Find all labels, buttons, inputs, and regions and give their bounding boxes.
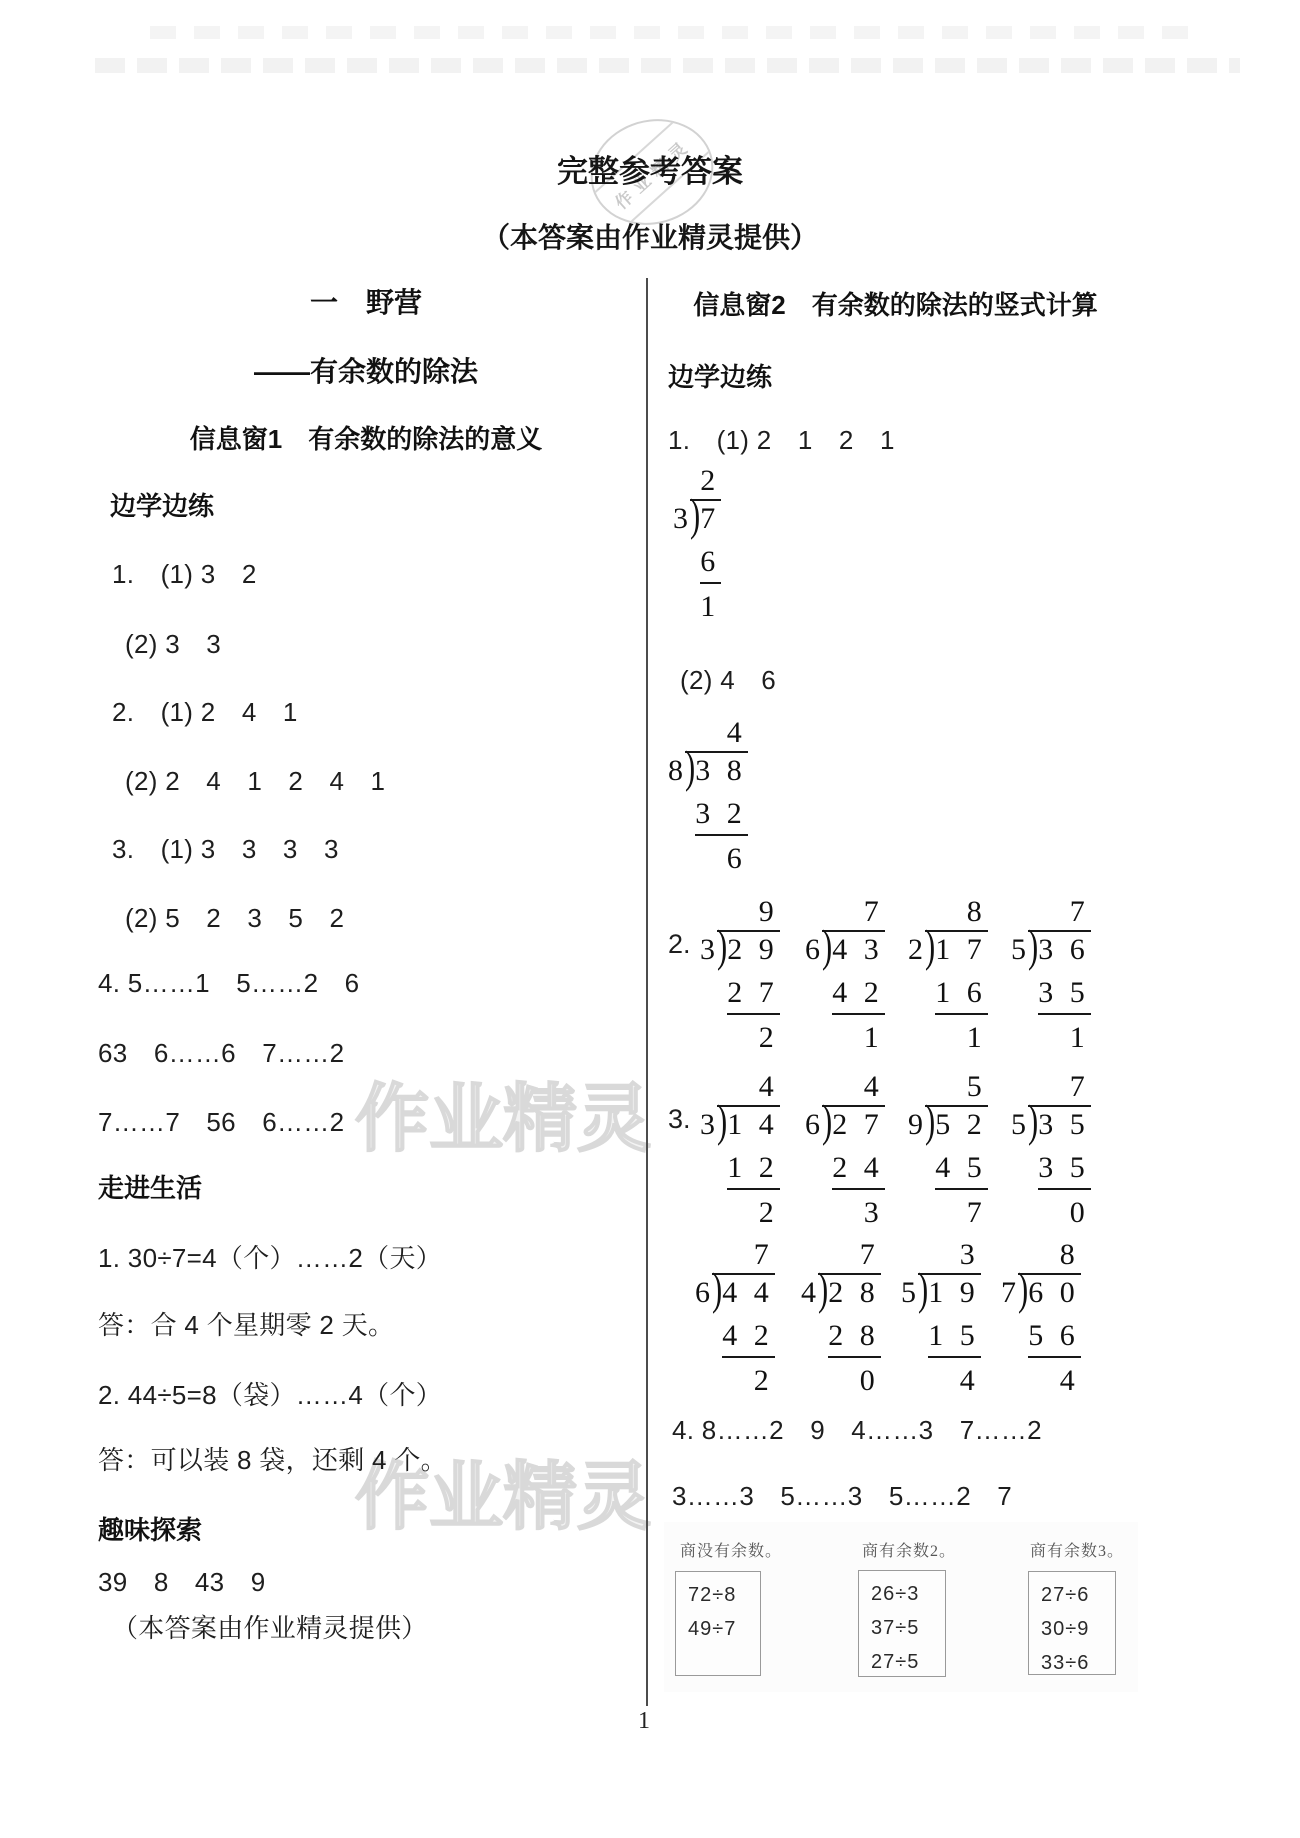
division-bracket-icon: ) [1028,1095,1038,1146]
item-number: 3. [668,1104,691,1135]
ld-divisor-digit: 9 [908,1108,923,1141]
ld-product: 2 4 [832,1142,885,1190]
ld-product: 2 8 [828,1310,881,1358]
ld-divisor: 5) [1011,1107,1038,1143]
answer-line: 2. 44÷5=8（袋）……4（个） [98,1375,442,1412]
ld-remainder: 0 [1038,1190,1091,1230]
division-bracket-icon: ) [822,1095,832,1146]
ld-product: 1 2 [727,1142,780,1190]
ld-remainder: 4 [928,1358,981,1398]
ld-divisor: 6) [695,1275,722,1311]
ld-remainder: 2 [722,1358,775,1398]
ld-remainder: 1 [935,1015,988,1055]
long-division: 4 3) 1 4 1 2 2 [700,1070,780,1229]
column-divider [646,278,648,1706]
answer-line: 63 6……6 7……2 [98,1033,344,1070]
section-title-window2: 信息窗2 有余数的除法的竖式计算 [668,285,1208,322]
expression: 27÷5 [871,1651,945,1674]
answer-line: 1. 30÷7=4（个）……2（天） [98,1238,442,1275]
ld-divisor: 5) [1011,932,1038,968]
division-bracket-icon: ) [717,1095,727,1146]
page-title: 完整参考答案 [0,146,1300,191]
ld-quotient: 7 [1038,1070,1091,1105]
division-bracket-icon: ) [1018,1263,1028,1314]
answer-line: 4. 5……1 5……2 6 [98,963,359,1000]
ld-divisor-digit: 3 [700,1108,715,1141]
ld-divisor-digit: 3 [700,933,715,966]
answer-box: 26÷3 37÷5 27÷5 [858,1570,946,1677]
ld-divisor-digit: 4 [801,1276,816,1309]
ld-quotient: 8 [1028,1238,1081,1273]
long-division: 8 7) 6 0 5 6 4 [1001,1238,1081,1397]
long-division: 8 2) 1 7 1 6 1 [908,895,988,1054]
answer-line: (2) 2 4 1 2 4 1 [125,761,385,798]
ld-divisor: 9) [908,1107,935,1143]
ld-divisor: 7) [1001,1275,1028,1311]
ld-divisor: 3) [700,932,727,968]
box-label: 商有余数2。 [862,1538,956,1561]
ld-remainder: 2 [727,1015,780,1055]
ld-quotient: 5 [935,1070,988,1105]
box-label: 商有余数3。 [1030,1538,1124,1561]
ld-remainder: 0 [828,1358,881,1398]
chapter-title: 一 野营 [100,281,600,321]
division-bracket-icon: ) [918,1263,928,1314]
ld-quotient: 3 [928,1238,981,1273]
section-title-window1: 信息窗1 有余数的除法的意义 [100,419,600,456]
heading-practice: 边学边练 [668,357,772,394]
ld-product: 4 2 [832,967,885,1015]
answer-line: (2) 5 2 3 5 2 [125,898,344,935]
long-division: 9 3) 2 9 2 7 2 [700,895,780,1054]
ld-quotient: 9 [727,895,780,930]
answer-line: 39 8 43 9 [98,1562,265,1599]
long-division: 4 8) 3 8 3 2 6 [668,716,748,875]
ld-divisor-digit: 5 [1011,1108,1026,1141]
ld-divisor: 8) [668,753,695,789]
expression: 30÷9 [1041,1618,1115,1641]
expression: 37÷5 [871,1617,945,1640]
ld-divisor-digit: 3 [673,502,688,535]
ld-divisor-digit: 5 [1011,933,1026,966]
expression: 27÷6 [1041,1584,1115,1607]
heading-fun: 趣味探索 [98,1510,202,1547]
long-division: 7 5) 3 5 3 5 0 [1011,1070,1091,1229]
ld-divisor: 3) [673,501,700,537]
division-bracket-icon: ) [690,489,700,540]
ld-quotient: 4 [832,1070,885,1105]
long-division: 2 3) 7 6 1 [673,464,721,623]
scan-artifact-row [95,58,1240,73]
answer-line: (2) 4 6 [680,660,776,697]
scan-artifact-row [150,26,1200,39]
ld-remainder: 6 [695,836,748,876]
ld-divisor-digit: 5 [901,1276,916,1309]
answer-line: 答：可以装 8 袋，还剩 4 个。 [98,1440,447,1477]
item-number: 2. [668,929,691,960]
heading-life: 走进生活 [98,1168,202,1205]
division-bracket-icon: ) [925,1095,935,1146]
ld-product: 4 5 [935,1142,988,1190]
ld-product: 3 5 [1038,967,1091,1015]
ld-divisor-digit: 8 [668,754,683,787]
ld-quotient: 4 [727,1070,780,1105]
ld-remainder: 2 [727,1190,780,1230]
ld-divisor-digit: 7 [1001,1276,1016,1309]
workbook-answer-page: { "page": { "title": "完整参考答案", "subtitle… [0,0,1300,1838]
ld-product: 4 2 [722,1310,775,1358]
answer-line: 7……7 56 6……2 [98,1102,344,1139]
expression: 72÷8 [688,1584,760,1607]
ld-quotient: 7 [1038,895,1091,930]
long-division: 7 6) 4 4 4 2 2 [695,1238,775,1397]
division-bracket-icon: ) [1028,920,1038,971]
ld-remainder: 1 [700,584,721,624]
watermark-text: 作业精灵 [355,1060,651,1166]
answer-line: 1. (1) 3 2 [112,554,257,591]
answer-line: 3. (1) 3 3 3 3 [112,829,339,866]
ld-divisor: 4) [801,1275,828,1311]
long-division: 7 5) 3 6 3 5 1 [1011,895,1091,1054]
page-subtitle: （本答案由作业精灵提供） [0,216,1300,256]
division-bracket-icon: ) [822,920,832,971]
ld-quotient: 2 [700,464,721,499]
answer-box: 27÷6 30÷9 33÷6 [1028,1571,1116,1675]
expression: 49÷7 [688,1618,760,1641]
ld-quotient: 7 [832,895,885,930]
answer-line: (2) 3 3 [125,624,221,661]
long-division: 4 6) 2 7 2 4 3 [805,1070,885,1229]
ld-divisor: 3) [700,1107,727,1143]
ld-product: 3 5 [1038,1142,1091,1190]
ld-quotient: 7 [828,1238,881,1273]
ld-product: 1 5 [928,1310,981,1358]
division-bracket-icon: ) [685,741,695,792]
ld-divisor: 6) [805,1107,832,1143]
ld-remainder: 7 [935,1190,988,1230]
heading-practice: 边学边练 [110,486,214,523]
ld-divisor: 5) [901,1275,928,1311]
expression: 26÷3 [871,1583,945,1606]
ld-divisor-digit: 2 [908,933,923,966]
division-bracket-icon: ) [925,920,935,971]
division-bracket-icon: ) [717,920,727,971]
ld-divisor-digit: 6 [695,1276,710,1309]
ld-product: 1 6 [935,967,988,1015]
ld-product: 2 7 [727,967,780,1015]
ld-quotient: 8 [935,895,988,930]
ld-divisor: 6) [805,932,832,968]
ld-quotient: 7 [722,1238,775,1273]
ld-remainder: 1 [1038,1015,1091,1055]
long-division: 5 9) 5 2 4 5 7 [908,1070,988,1229]
ld-product: 3 2 [695,788,748,836]
long-division: 7 4) 2 8 2 8 0 [801,1238,881,1397]
box-label: 商没有余数。 [680,1538,782,1561]
answer-box: 72÷8 49÷7 [675,1571,761,1676]
ld-product: 6 [700,536,721,584]
answer-line: 2. (1) 2 4 1 [112,692,298,729]
page-number: 1 [638,1708,650,1735]
ld-divisor-digit: 6 [805,933,820,966]
ld-remainder: 4 [1028,1358,1081,1398]
answer-line: 3……3 5……3 5……2 7 [672,1476,1012,1513]
ld-quotient: 4 [695,716,748,751]
ld-remainder: 1 [832,1015,885,1055]
ld-remainder: 3 [832,1190,885,1230]
division-bracket-icon: ) [818,1263,828,1314]
long-division: 3 5) 1 9 1 5 4 [901,1238,981,1397]
answer-line: 4. 8……2 9 4……3 7……2 [672,1410,1042,1447]
answer-note: （本答案由作业精灵提供） [112,1608,428,1645]
long-division: 7 6) 4 3 4 2 1 [805,895,885,1054]
expression: 33÷6 [1041,1652,1115,1675]
ld-divisor: 2) [908,932,935,968]
ld-divisor-digit: 6 [805,1108,820,1141]
answer-line: 答：合 4 个星期零 2 天。 [98,1305,394,1342]
division-bracket-icon: ) [712,1263,722,1314]
ld-product: 5 6 [1028,1310,1081,1358]
chapter-subtitle: ——有余数的除法 [100,350,600,390]
answer-line: 1. (1) 2 1 2 1 [668,420,895,457]
